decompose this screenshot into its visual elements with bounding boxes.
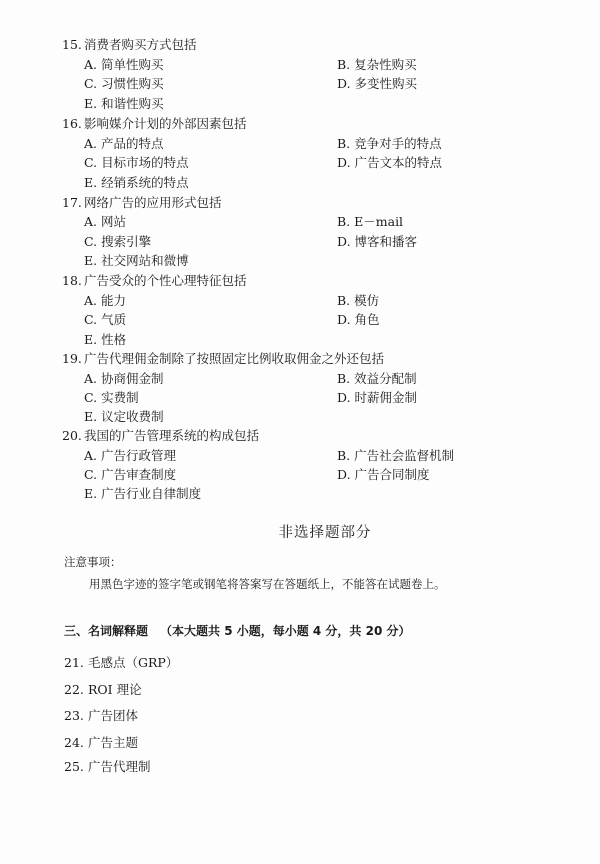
- option-a: A. 协商佣金制: [84, 371, 163, 387]
- question-15: 15.消费者购买方式包括: [62, 37, 197, 53]
- option-e: E. 经销系统的特点: [84, 175, 189, 191]
- question-text: 网络广告的应用形式包括: [84, 195, 222, 210]
- question-18: 18.广告受众的个性心理特征包括: [62, 273, 247, 289]
- option-b: B. 广告社会监督机制: [337, 448, 454, 464]
- option-c: C. 搜索引擎: [84, 234, 151, 250]
- term-text: 广告团体: [88, 708, 138, 723]
- term-22: 22.ROI 理论: [64, 682, 142, 698]
- question-19: 19.广告代理佣金制除了按照固定比例收取佣金之外还包括: [62, 351, 384, 367]
- term-text: 毛感点（GRP）: [88, 655, 178, 670]
- option-a: A. 广告行政管理: [84, 448, 176, 464]
- option-e: E. 社交网站和微博: [84, 253, 189, 269]
- option-d: D. 多变性购买: [337, 76, 417, 92]
- question-number: 17.: [62, 195, 84, 211]
- option-b: B. E－mail: [337, 214, 403, 230]
- section-title: 非选择题部分: [0, 521, 600, 542]
- part-title: 三、名词解释题: [64, 624, 148, 638]
- term-number: 22.: [64, 682, 88, 698]
- option-e: E. 广告行业自律制度: [84, 486, 201, 502]
- option-a: A. 简单性购买: [84, 57, 163, 73]
- term-text: 广告代理制: [88, 759, 151, 774]
- option-e: E. 性格: [84, 332, 126, 348]
- term-23: 23.广告团体: [64, 708, 138, 724]
- question-text: 消费者购买方式包括: [84, 37, 197, 52]
- question-number: 19.: [62, 351, 84, 367]
- question-text: 广告受众的个性心理特征包括: [84, 273, 247, 288]
- option-a: A. 网站: [84, 214, 126, 230]
- option-c: C. 习惯性购买: [84, 76, 164, 92]
- term-number: 24.: [64, 735, 88, 751]
- option-d: D. 博客和播客: [337, 234, 417, 250]
- term-21: 21.毛感点（GRP）: [64, 655, 178, 671]
- question-17: 17.网络广告的应用形式包括: [62, 195, 222, 211]
- term-25: 25.广告代理制: [64, 759, 151, 775]
- option-d: D. 广告合同制度: [337, 467, 430, 483]
- option-a: A. 能力: [84, 293, 126, 309]
- question-number: 18.: [62, 273, 84, 289]
- option-d: D. 角色: [337, 312, 380, 328]
- term-text: 广告主题: [88, 735, 138, 750]
- option-b: B. 模仿: [337, 293, 379, 309]
- note-body: 用黑色字迹的签字笔或钢笔将答案写在答题纸上，不能答在试题卷上。: [89, 576, 446, 592]
- option-c: C. 目标市场的特点: [84, 155, 189, 171]
- question-number: 20.: [62, 428, 84, 444]
- question-text: 我国的广告管理系统的构成包括: [84, 428, 259, 443]
- option-c: C. 实费制: [84, 390, 139, 406]
- question-16: 16.影响媒介计划的外部因素包括: [62, 116, 247, 132]
- term-number: 23.: [64, 708, 88, 724]
- part-subtitle: （本大题共 5 小题，每小题 4 分，共 20 分）: [160, 624, 410, 638]
- option-d: D. 广告文本的特点: [337, 155, 442, 171]
- option-c: C. 广告审查制度: [84, 467, 176, 483]
- question-number: 16.: [62, 116, 84, 132]
- option-a: A. 产品的特点: [84, 136, 163, 152]
- option-e: E. 议定收费制: [84, 409, 164, 425]
- option-c: C. 气质: [84, 312, 126, 328]
- term-text: ROI 理论: [88, 682, 142, 697]
- term-24: 24.广告主题: [64, 735, 138, 751]
- question-text: 影响媒介计划的外部因素包括: [84, 116, 247, 131]
- term-number: 25.: [64, 759, 88, 775]
- question-text: 广告代理佣金制除了按照固定比例收取佣金之外还包括: [84, 351, 384, 366]
- option-b: B. 效益分配制: [337, 371, 417, 387]
- option-b: B. 竞争对手的特点: [337, 136, 442, 152]
- term-number: 21.: [64, 655, 88, 671]
- option-b: B. 复杂性购买: [337, 57, 417, 73]
- option-e: E. 和谐性购买: [84, 96, 164, 112]
- question-20: 20.我国的广告管理系统的构成包括: [62, 428, 259, 444]
- option-d: D. 时薪佣金制: [337, 390, 417, 406]
- part-heading: 三、名词解释题（本大题共 5 小题，每小题 4 分，共 20 分）: [64, 622, 410, 639]
- question-number: 15.: [62, 37, 84, 53]
- note-heading: 注意事项：: [64, 554, 122, 570]
